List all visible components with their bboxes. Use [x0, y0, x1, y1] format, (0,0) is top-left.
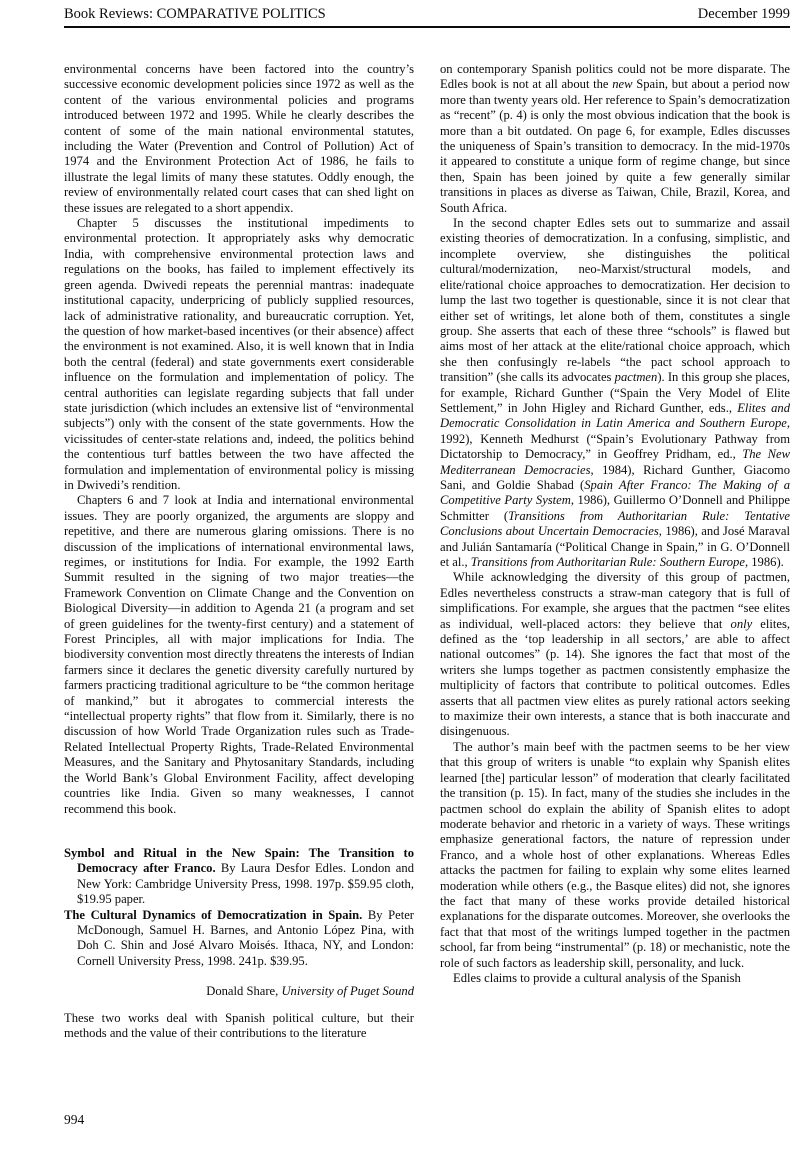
- page-number: 994: [64, 1112, 84, 1128]
- paragraph: Chapters 6 and 7 look at India and inter…: [64, 493, 414, 817]
- running-head-title: Book Reviews: COMPARATIVE POLITICS: [64, 6, 326, 23]
- reviewer-name: Donald Share,: [206, 984, 278, 998]
- reviewer-affiliation: University of Puget Sound: [281, 984, 414, 998]
- book-citations: Symbol and Ritual in the New Spain: The …: [64, 846, 414, 969]
- left-column: environmental concerns have been factore…: [64, 62, 414, 1041]
- running-head-date: December 1999: [698, 6, 790, 23]
- text-columns: environmental concerns have been factore…: [64, 62, 790, 1041]
- book-citation: The Cultural Dynamics of Democratization…: [64, 908, 414, 970]
- paragraph: The author’s main beef with the pactmen …: [440, 740, 790, 971]
- paragraph: Edles claims to provide a cultural analy…: [440, 971, 790, 986]
- paragraph: While acknowledging the diversity of thi…: [440, 570, 790, 739]
- paragraph: In the second chapter Edles sets out to …: [440, 216, 790, 570]
- paragraph: on contemporary Spanish politics could n…: [440, 62, 790, 216]
- paragraph: environmental concerns have been factore…: [64, 62, 414, 216]
- book-title: The Cultural Dynamics of Democratization…: [64, 908, 362, 922]
- journal-page: Book Reviews: COMPARATIVE POLITICS Decem…: [0, 0, 800, 1169]
- reviewer-attribution: Donald Share, University of Puget Sound: [64, 984, 414, 999]
- paragraph: These two works deal with Spanish politi…: [64, 1011, 414, 1042]
- book-citation: Symbol and Ritual in the New Spain: The …: [64, 846, 414, 908]
- right-column: on contemporary Spanish politics could n…: [440, 62, 790, 1041]
- header-rule: [64, 26, 790, 28]
- paragraph: Chapter 5 discusses the institutional im…: [64, 216, 414, 493]
- page-header: Book Reviews: COMPARATIVE POLITICS Decem…: [64, 6, 790, 23]
